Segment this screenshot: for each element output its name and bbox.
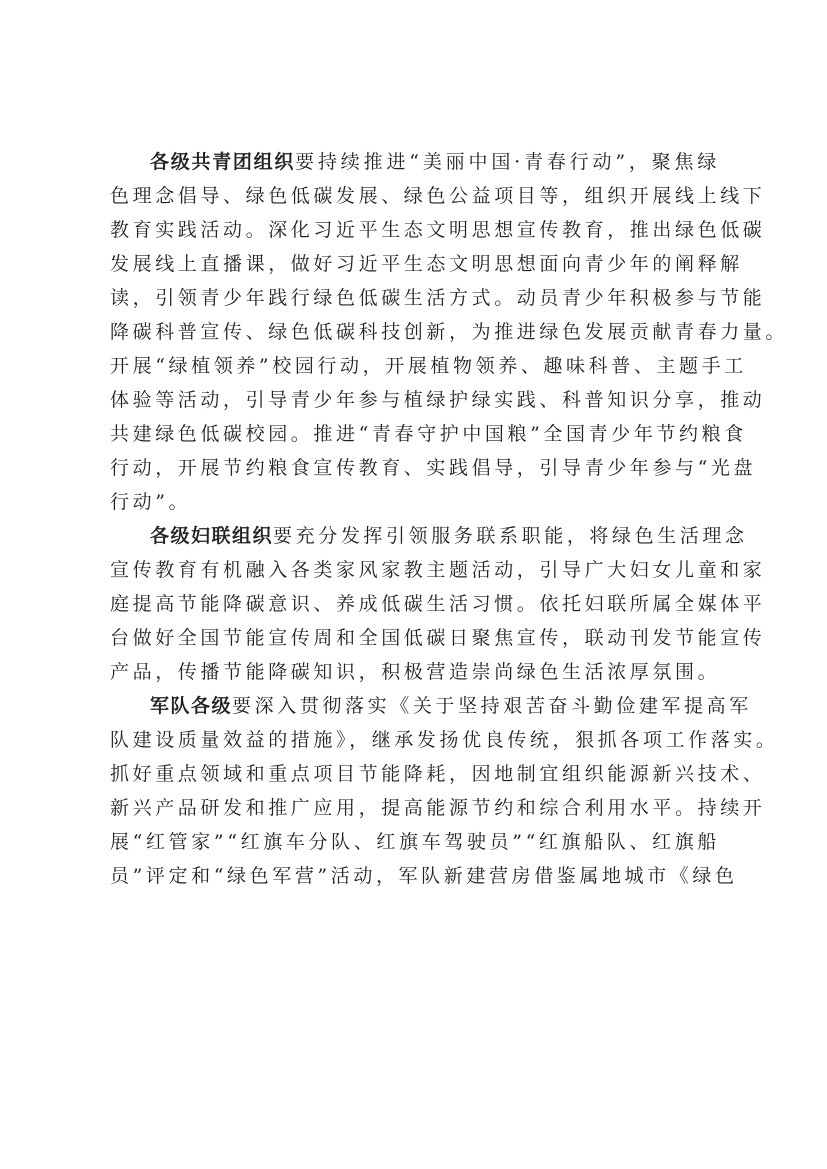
paragraph-line: 庭提高节能降碳意识、养成低碳生活习惯。依托妇联所属全媒体平	[110, 587, 720, 621]
paragraph-line: 体验等活动，引导青少年参与植绿护绿实践、科普知识分享，推动	[110, 383, 720, 417]
paragraph-line: 发展线上直播课，做好习近平生态文明思想面向青少年的阐释解	[110, 247, 720, 281]
paragraph-line: 台做好全国节能宣传周和全国低碳日聚焦宣传，联动刊发节能宣传	[110, 621, 720, 655]
paragraph-youth-league: 各级共青团组织要持续推进“美丽中国·青春行动”，聚焦绿 色理念倡导、绿色低碳发展…	[110, 145, 720, 519]
paragraph-line: 队建设质量效益的措施》，继承发扬优良传统，狠抓各项工作落实。	[110, 723, 720, 757]
paragraph-lead: 各级共青团组织	[150, 151, 295, 173]
paragraph-womens-federation: 各级妇联组织要充分发挥引领服务联系职能，将绿色生活理念 宣传教育有机融入各类家风…	[110, 519, 720, 689]
paragraph-line: 教育实践活动。深化习近平生态文明思想宣传教育，推出绿色低碳	[110, 213, 720, 247]
paragraph-line: 各级妇联组织要充分发挥引领服务联系职能，将绿色生活理念	[110, 519, 720, 553]
paragraph-military: 军队各级要深入贯彻落实《关于坚持艰苦奋斗勤俭建军提高军 队建设质量效益的措施》，…	[110, 689, 720, 893]
paragraph-line: 宣传教育有机融入各类家风家教主题活动，引导广大妇女儿童和家	[110, 553, 720, 587]
paragraph-line: 共建绿色低碳校园。推进“青春守护中国粮”全国青少年节约粮食	[110, 417, 720, 451]
paragraph-line: 员”评定和“绿色军营”活动，军队新建营房借鉴属地城市《绿色	[110, 859, 720, 893]
paragraph-line: 抓好重点领域和重点项目节能降耗，因地制宜组织能源新兴技术、	[110, 757, 720, 791]
paragraph-line: 色理念倡导、绿色低碳发展、绿色公益项目等，组织开展线上线下	[110, 179, 720, 213]
paragraph-line: 行动”。	[110, 485, 720, 519]
paragraph-line: 产品，传播节能降碳知识，积极营造崇尚绿色生活浓厚氛围。	[110, 655, 720, 689]
paragraph-lead: 军队各级	[150, 695, 232, 717]
document-page: 各级共青团组织要持续推进“美丽中国·青春行动”，聚焦绿 色理念倡导、绿色低碳发展…	[0, 0, 827, 1169]
paragraph-line: 读，引领青少年践行绿色低碳生活方式。动员青少年积极参与节能	[110, 281, 720, 315]
paragraph-line: 降碳科普宣传、绿色低碳科技创新，为推进绿色发展贡献青春力量。	[110, 315, 720, 349]
paragraph-line: 新兴产品研发和推广应用，提高能源节约和综合利用水平。持续开	[110, 791, 720, 825]
paragraph-line: 行动，开展节约粮食宣传教育、实践倡导，引导青少年参与“光盘	[110, 451, 720, 485]
document-body: 各级共青团组织要持续推进“美丽中国·青春行动”，聚焦绿 色理念倡导、绿色低碳发展…	[110, 145, 720, 893]
paragraph-lead: 各级妇联组织	[150, 525, 273, 547]
paragraph-line: 各级共青团组织要持续推进“美丽中国·青春行动”，聚焦绿	[110, 145, 720, 179]
paragraph-line: 军队各级要深入贯彻落实《关于坚持艰苦奋斗勤俭建军提高军	[110, 689, 720, 723]
paragraph-line: 展“红管家”“红旗车分队、红旗车驾驶员”“红旗船队、红旗船	[110, 825, 720, 859]
paragraph-line: 开展“绿植领养”校园行动，开展植物领养、趣味科普、主题手工	[110, 349, 720, 383]
